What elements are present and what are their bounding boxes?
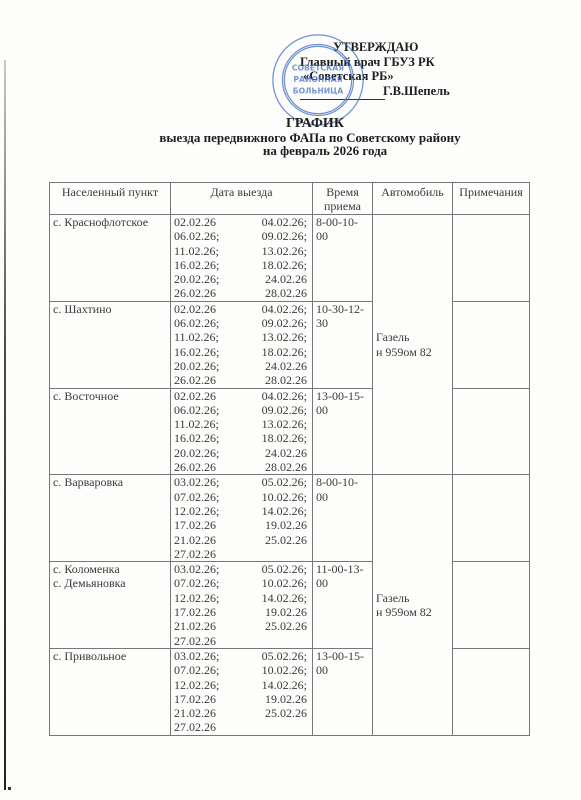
visit-date: 18.02.26;	[245, 258, 310, 272]
visit-date: 02.02.26	[174, 215, 239, 229]
locality-cell: с. Варваровка	[50, 475, 171, 562]
locality-cell: с. Шахтино	[50, 301, 171, 388]
signature-line	[300, 99, 385, 100]
visit-date: 27.02.26	[174, 547, 239, 561]
visit-date: 06.02.26;	[174, 229, 239, 243]
visit-date: 26.02.26	[174, 373, 239, 387]
visit-date: 14.02.26;	[245, 591, 310, 605]
visit-date: 14.02.26;	[245, 504, 310, 518]
visit-date: 12.02.26;	[174, 504, 239, 518]
visit-date: 17.02.26	[174, 518, 239, 532]
approval-position: Главный врач ГБУЗ РК	[280, 55, 480, 70]
locality-cell: с. Восточное	[50, 388, 171, 475]
visit-date: 05.02.26;	[245, 649, 310, 663]
locality-name: с. Шахтино	[53, 302, 167, 316]
visit-date: 04.02.26;	[245, 389, 310, 403]
visit-date: 24.02.26	[245, 272, 310, 286]
visit-date: 24.02.26	[245, 359, 310, 373]
visit-date: 20.02.26;	[174, 446, 239, 460]
time-cell: 8-00-10-00	[313, 215, 373, 302]
visit-date: 25.02.26	[245, 533, 310, 547]
visit-date: 05.02.26;	[245, 562, 310, 576]
table-row: с. Коломенкас. Демьяновка03.02.26;05.02.…	[50, 562, 530, 649]
notes-cell	[453, 388, 530, 475]
visit-date: 12.02.26;	[174, 678, 239, 692]
visit-date: 26.02.26	[174, 286, 239, 300]
table-header-row: Населенный пункт Дата выезда Время прием…	[50, 183, 530, 215]
approval-block: УТВЕРЖДАЮ Главный врач ГБУЗ РК «Советска…	[280, 40, 480, 98]
heading-period: на февраль 2026 года	[100, 144, 520, 158]
visit-date: 09.02.26;	[245, 316, 310, 330]
visit-date: 02.02.26	[174, 302, 239, 316]
dates-cell: 02.02.2604.02.26;06.02.26;09.02.26;11.02…	[171, 388, 313, 475]
locality-name: с. Привольное	[53, 649, 167, 663]
scan-dot-artifact	[8, 787, 11, 790]
visit-date: 27.02.26	[174, 634, 239, 648]
dates-cell: 03.02.26;05.02.26;07.02.26;10.02.26;12.0…	[171, 648, 313, 735]
time-cell: 13-00-15-00	[313, 648, 373, 735]
vehicle-model: Газель	[376, 591, 449, 605]
dates-cell: 03.02.26;05.02.26;07.02.26;10.02.26;12.0…	[171, 475, 313, 562]
visit-date: 09.02.26;	[245, 403, 310, 417]
visit-date: 21.02.26	[174, 619, 239, 633]
approval-title: УТВЕРЖДАЮ	[280, 40, 480, 55]
visit-date: 07.02.26;	[174, 663, 239, 677]
header-vehicle: Автомобиль	[373, 183, 453, 215]
visit-date: 03.02.26;	[174, 475, 239, 489]
visit-date: 13.02.26;	[245, 417, 310, 431]
vehicle-cell: Газельн 959ом 82	[373, 475, 453, 735]
visit-date: 18.02.26;	[245, 345, 310, 359]
table-row: с. Привольное03.02.26;05.02.26;07.02.26;…	[50, 648, 530, 735]
visit-date: 07.02.26;	[174, 576, 239, 590]
visit-date: 25.02.26	[245, 706, 310, 720]
visit-date: 09.02.26;	[245, 229, 310, 243]
visit-date: 19.02.26	[245, 518, 310, 532]
notes-cell	[453, 562, 530, 649]
notes-cell	[453, 301, 530, 388]
vehicle-cell: Газельн 959ом 82	[373, 215, 453, 475]
visit-date: 19.02.26	[245, 692, 310, 706]
heading-title: ГРАФИК	[100, 117, 520, 131]
visit-date: 06.02.26;	[174, 403, 239, 417]
visit-date: 20.02.26;	[174, 272, 239, 286]
visit-date: 18.02.26;	[245, 431, 310, 445]
dates-cell: 02.02.2604.02.26;06.02.26;09.02.26;11.02…	[171, 301, 313, 388]
visit-date: 21.02.26	[174, 706, 239, 720]
visit-date: 17.02.26	[174, 692, 239, 706]
locality-cell: с. Привольное	[50, 648, 171, 735]
visit-date: 26.02.26	[174, 460, 239, 474]
vehicle-plate: н 959ом 82	[376, 605, 449, 619]
header-locality: Населенный пункт	[50, 183, 171, 215]
dates-cell: 03.02.26;05.02.26;07.02.26;10.02.26;12.0…	[171, 562, 313, 649]
visit-date: 04.02.26;	[245, 302, 310, 316]
visit-date: 03.02.26;	[174, 649, 239, 663]
visit-date: 17.02.26	[174, 605, 239, 619]
visit-date: 03.02.26;	[174, 562, 239, 576]
locality-name: с. Краснофлотское	[53, 215, 167, 229]
locality-name: с. Восточное	[53, 389, 167, 403]
visit-date: 04.02.26;	[245, 215, 310, 229]
visit-date: 13.02.26;	[245, 244, 310, 258]
visit-date: 19.02.26	[245, 605, 310, 619]
locality-cell: с. Коломенкас. Демьяновка	[50, 562, 171, 649]
time-cell: 10-30-12-30	[313, 301, 373, 388]
header-time: Время приема	[313, 183, 373, 215]
time-cell: 11-00-13-00	[313, 562, 373, 649]
visit-date: 06.02.26;	[174, 316, 239, 330]
notes-cell	[453, 648, 530, 735]
approval-signatory: Г.В.Шепель	[280, 84, 480, 99]
time-cell: 8-00-10-00	[313, 475, 373, 562]
notes-cell	[453, 475, 530, 562]
visit-date: 27.02.26	[174, 720, 239, 734]
visit-date: 10.02.26;	[245, 576, 310, 590]
visit-date: 28.02.26	[245, 460, 310, 474]
table-row: с. Варваровка03.02.26;05.02.26;07.02.26;…	[50, 475, 530, 562]
visit-date: 13.02.26;	[245, 330, 310, 344]
header-dates: Дата выезда	[171, 183, 313, 215]
visit-date: 14.02.26;	[245, 678, 310, 692]
visit-date: 11.02.26;	[174, 244, 239, 258]
visit-date: 11.02.26;	[174, 330, 239, 344]
vehicle-plate: н 959ом 82	[376, 345, 449, 359]
time-cell: 13-00-15-00	[313, 388, 373, 475]
header-notes: Примечания	[453, 183, 530, 215]
visit-date: 21.02.26	[174, 533, 239, 547]
table-row: с. Шахтино02.02.2604.02.26;06.02.26;09.0…	[50, 301, 530, 388]
visit-date: 28.02.26	[245, 286, 310, 300]
visit-date: 16.02.26;	[174, 431, 239, 445]
vehicle-model: Газель	[376, 330, 449, 344]
visit-date: 28.02.26	[245, 373, 310, 387]
visit-date: 07.02.26;	[174, 490, 239, 504]
schedule-table: Населенный пункт Дата выезда Время прием…	[49, 182, 530, 736]
locality-cell: с. Краснофлотское	[50, 215, 171, 302]
visit-date: 10.02.26;	[245, 490, 310, 504]
visit-date: 12.02.26;	[174, 591, 239, 605]
visit-date: 05.02.26;	[245, 475, 310, 489]
visit-date: 20.02.26;	[174, 359, 239, 373]
dates-cell: 02.02.2604.02.26;06.02.26;09.02.26;11.02…	[171, 215, 313, 302]
locality-name: с. Демьяновка	[53, 576, 167, 590]
visit-date: 11.02.26;	[174, 417, 239, 431]
locality-name: с. Коломенка	[53, 562, 167, 576]
visit-date: 16.02.26;	[174, 258, 239, 272]
heading-subtitle: выезда передвижного ФАПа по Советскому р…	[100, 131, 520, 145]
scan-edge-artifact	[4, 60, 6, 790]
table-row: с. Краснофлотское02.02.2604.02.26;06.02.…	[50, 215, 530, 302]
visit-date: 02.02.26	[174, 389, 239, 403]
visit-date: 10.02.26;	[245, 663, 310, 677]
locality-name: с. Варваровка	[53, 475, 167, 489]
notes-cell	[453, 215, 530, 302]
document-heading: ГРАФИК выезда передвижного ФАПа по Совет…	[100, 117, 520, 158]
approval-organization: «Советская РБ»	[280, 69, 480, 84]
visit-date: 25.02.26	[245, 619, 310, 633]
visit-date: 16.02.26;	[174, 345, 239, 359]
visit-date: 24.02.26	[245, 446, 310, 460]
table-row: с. Восточное02.02.2604.02.26;06.02.26;09…	[50, 388, 530, 475]
